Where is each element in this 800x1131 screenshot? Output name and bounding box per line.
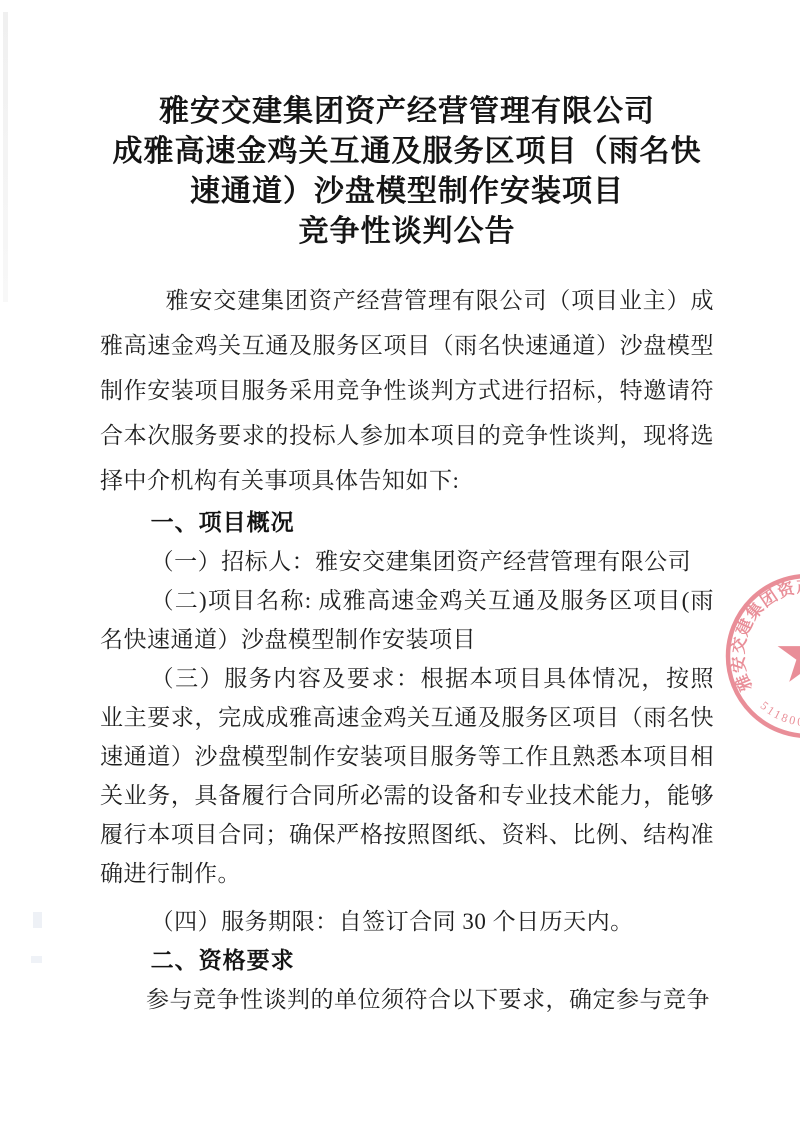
scan-artifact-mark	[33, 912, 42, 928]
section-1-item-3: （三）服务内容及要求：根据本项目具体情况，按照业主要求，完成成雅高速金鸡关互通及…	[100, 659, 714, 893]
scan-artifact-left-streak	[3, 12, 8, 302]
section-1-item-2: （二)项目名称: 成雅高速金鸡关互通及服务区项目(雨名快速通道）沙盘模型制作安装…	[100, 581, 714, 659]
section-1-item-1: （一）招标人：雅安交建集团资产经营管理有限公司	[100, 542, 714, 581]
scan-artifact-mark	[31, 956, 42, 963]
document-title: 雅安交建集团资产经营管理有限公司 成雅高速金鸡关互通及服务区项目（雨名快 速通道…	[100, 92, 714, 252]
title-line-1: 雅安交建集团资产经营管理有限公司	[100, 92, 714, 132]
section-1-heading: 一、项目概况	[100, 503, 714, 542]
section-2-paragraph: 参与竞争性谈判的单位须符合以下要求，确定参与竞争	[100, 980, 714, 1020]
document-body: 雅安交建集团资产经营管理有限公司 成雅高速金鸡关互通及服务区项目（雨名快 速通道…	[100, 92, 714, 1020]
seal-star-icon	[778, 624, 800, 682]
intro-paragraph: 雅安交建集团资产经营管理有限公司（项目业主）成雅高速金鸡关互通及服务区项目（雨名…	[100, 278, 714, 503]
title-line-4: 竞争性谈判公告	[100, 212, 714, 252]
seal-company-ring-text: 雅安交建集团资产经营管理有限公司	[690, 563, 800, 694]
title-line-3: 速通道）沙盘模型制作安装项目	[100, 172, 714, 212]
svg-text:雅安交建集团资产经营管理有限公司: 雅安交建集团资产经营管理有限公司	[690, 563, 800, 694]
official-seal: 雅安交建集团资产经营管理有限公司 511800	[690, 563, 800, 763]
section-1-item-4: （四）服务期限：自签订合同 30 个日历天内。	[100, 902, 714, 941]
title-line-2: 成雅高速金鸡关互通及服务区项目（雨名快	[100, 132, 714, 172]
section-2-heading: 二、资格要求	[100, 941, 714, 980]
